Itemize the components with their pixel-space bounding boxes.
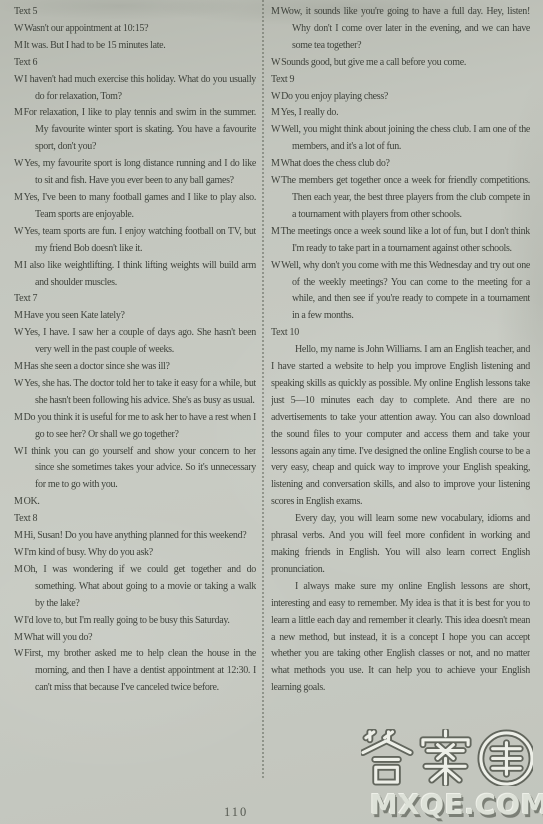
speaker-label: W: [14, 327, 24, 338]
speaker-label: W: [271, 175, 281, 186]
dialogue-line: W:Yes, my favourite sport is long distan… [14, 156, 256, 190]
speaker-label: M: [14, 412, 24, 423]
utterance-text: Do you enjoy playing chess? [281, 91, 388, 102]
utterance-text: Well, you might think about joining the … [281, 124, 530, 152]
utterance-text: Wow, it sounds like you're going to have… [281, 6, 530, 51]
speaker-label: M: [14, 107, 24, 118]
dialogue-line: M:OK. [14, 494, 256, 511]
speaker-label: M: [14, 632, 24, 643]
utterance-text: Yes, she has. The doctor told her to tak… [24, 378, 256, 406]
column-right: M:Wow, it sounds like you're going to ha… [271, 4, 530, 790]
speaker-label: M: [271, 6, 281, 17]
speaker-label: W: [14, 446, 24, 457]
text-section-heading: Text 5 [14, 4, 256, 21]
dialogue-line: W:Yes, team sports are fun. I enjoy watc… [14, 224, 256, 258]
dialogue-line: W:Sounds good, but give me a call before… [271, 55, 530, 72]
utterance-text: It was. But I had to be 15 minutes late. [24, 40, 166, 51]
utterance-text: Yes, team sports are fun. I enjoy watchi… [24, 226, 256, 254]
speaker-label: W: [14, 648, 24, 659]
dialogue-line: M:Yes, I've been to many football games … [14, 190, 256, 224]
speaker-label: W: [14, 547, 24, 558]
utterance-text: Sounds good, but give me a call before y… [281, 57, 466, 68]
utterance-text: First, my brother asked me to help clean… [24, 648, 256, 693]
dialogue-line: W:Wasn't our appointment at 10:15? [14, 21, 256, 38]
speaker-label: M: [14, 361, 24, 372]
speaker-label: W: [14, 378, 24, 389]
speaker-label: W: [271, 124, 281, 135]
utterance-text: What does the chess club do? [281, 158, 390, 169]
speaker-label: W: [271, 57, 281, 68]
dialogue-line: M:Has she seen a doctor since she was il… [14, 359, 256, 376]
dialogue-line: M:It was. But I had to be 15 minutes lat… [14, 38, 256, 55]
utterance-text: Do you think it is useful for me to ask … [24, 412, 256, 440]
dialogue-line: W:I think you can go yourself and show y… [14, 444, 256, 495]
dialogue-line: M:I also like weightlifting. I think lif… [14, 258, 256, 292]
utterance-text: I think you can go yourself and show you… [24, 446, 256, 491]
dialogue-line: M:Yes, I really do. [271, 105, 530, 122]
dialogue-line: M:What will you do? [14, 630, 256, 647]
utterance-text: Wasn't our appointment at 10:15? [24, 23, 148, 34]
dialogue-line: W:The members get together once a week f… [271, 173, 530, 224]
dialogue-line: M:Oh, I was wondering if we could get to… [14, 562, 256, 613]
dialogue-line: W:Do you enjoy playing chess? [271, 89, 530, 106]
speaker-label: W: [271, 260, 281, 271]
utterance-text: I'm kind of busy. Why do you ask? [24, 547, 153, 558]
speaker-label: W: [14, 226, 24, 237]
text-section-heading: Text 8 [14, 511, 256, 528]
utterance-text: I also like weightlifting. I think lifti… [24, 260, 256, 288]
utterance-text: OK. [24, 496, 40, 507]
utterance-text: Yes, I have. I saw her a couple of days … [24, 327, 256, 355]
speaker-label: W: [14, 158, 24, 169]
dialogue-line: W:Yes, she has. The doctor told her to t… [14, 376, 256, 410]
utterance-text: For relaxation, I like to play tennis an… [24, 107, 256, 152]
speaker-label: M: [14, 260, 24, 271]
utterance-text: Yes, I've been to many football games an… [24, 192, 256, 220]
text-section-heading: Text 9 [271, 72, 530, 89]
utterance-text: What will you do? [24, 632, 93, 643]
monologue-paragraph: I always make sure my online English les… [271, 579, 530, 697]
speaker-label: W: [14, 615, 24, 626]
utterance-text: Hi, Susan! Do you have anything planned … [24, 530, 247, 541]
utterance-text: The members get together once a week for… [281, 175, 530, 220]
page-number: 110 [224, 805, 248, 820]
dialogue-line: M:Wow, it sounds like you're going to ha… [271, 4, 530, 55]
text-section-heading: Text 7 [14, 291, 256, 308]
watermark-site-text: MXQE.COM [361, 788, 543, 821]
utterance-text: Has she seen a doctor since she was ill? [24, 361, 170, 372]
monologue-paragraph: Every day, you will learn some new vocab… [271, 511, 530, 579]
dialogue-line: W:I'm kind of busy. Why do you ask? [14, 545, 256, 562]
speaker-label: M: [271, 226, 281, 237]
column-divider [262, 0, 264, 778]
dialogue-line: W:First, my brother asked me to help cle… [14, 646, 256, 697]
speaker-label: M: [14, 564, 24, 575]
speaker-label: M: [14, 40, 24, 51]
scanned-textbook-page: Text 5W:Wasn't our appointment at 10:15?… [0, 0, 543, 824]
dialogue-line: M:What does the chess club do? [271, 156, 530, 173]
utterance-text: Yes, I really do. [281, 107, 339, 118]
column-left: Text 5W:Wasn't our appointment at 10:15?… [14, 4, 256, 794]
utterance-text: I'd love to, but I'm really going to be … [24, 615, 229, 626]
speaker-label: W: [271, 91, 281, 102]
speaker-label: M: [271, 107, 281, 118]
utterance-text: Well, why don't you come with me this We… [281, 260, 530, 322]
dialogue-line: W:Well, why don't you come with me this … [271, 258, 530, 326]
speaker-label: W: [14, 74, 24, 85]
speaker-label: M: [14, 530, 24, 541]
speaker-label: M: [14, 496, 24, 507]
dialogue-line: W:Yes, I have. I saw her a couple of day… [14, 325, 256, 359]
speaker-label: W: [14, 23, 24, 34]
speaker-label: M: [271, 158, 281, 169]
dialogue-line: W:I haven't had much exercise this holid… [14, 72, 256, 106]
utterance-text: Oh, I was wondering if we could get toge… [24, 564, 256, 609]
dialogue-line: M:The meetings once a week sound like a … [271, 224, 530, 258]
utterance-text: Yes, my favourite sport is long distance… [24, 158, 256, 186]
text-section-heading: Text 10 [271, 325, 530, 342]
dialogue-line: W:Well, you might think about joining th… [271, 122, 530, 156]
speaker-label: M: [14, 192, 24, 203]
dialogue-line: M:Do you think it is useful for me to as… [14, 410, 256, 444]
dialogue-line: M:Have you seen Kate lately? [14, 308, 256, 325]
utterance-text: The meetings once a week sound like a lo… [281, 226, 530, 254]
monologue-paragraph: Hello, my name is John Williams. I am an… [271, 342, 530, 511]
utterance-text: Have you seen Kate lately? [24, 310, 125, 321]
dialogue-line: W:I'd love to, but I'm really going to b… [14, 613, 256, 630]
text-section-heading: Text 6 [14, 55, 256, 72]
utterance-text: I haven't had much exercise this holiday… [24, 74, 256, 102]
dialogue-line: M:Hi, Susan! Do you have anything planne… [14, 528, 256, 545]
speaker-label: M: [14, 310, 24, 321]
dialogue-line: M:For relaxation, I like to play tennis … [14, 105, 256, 156]
